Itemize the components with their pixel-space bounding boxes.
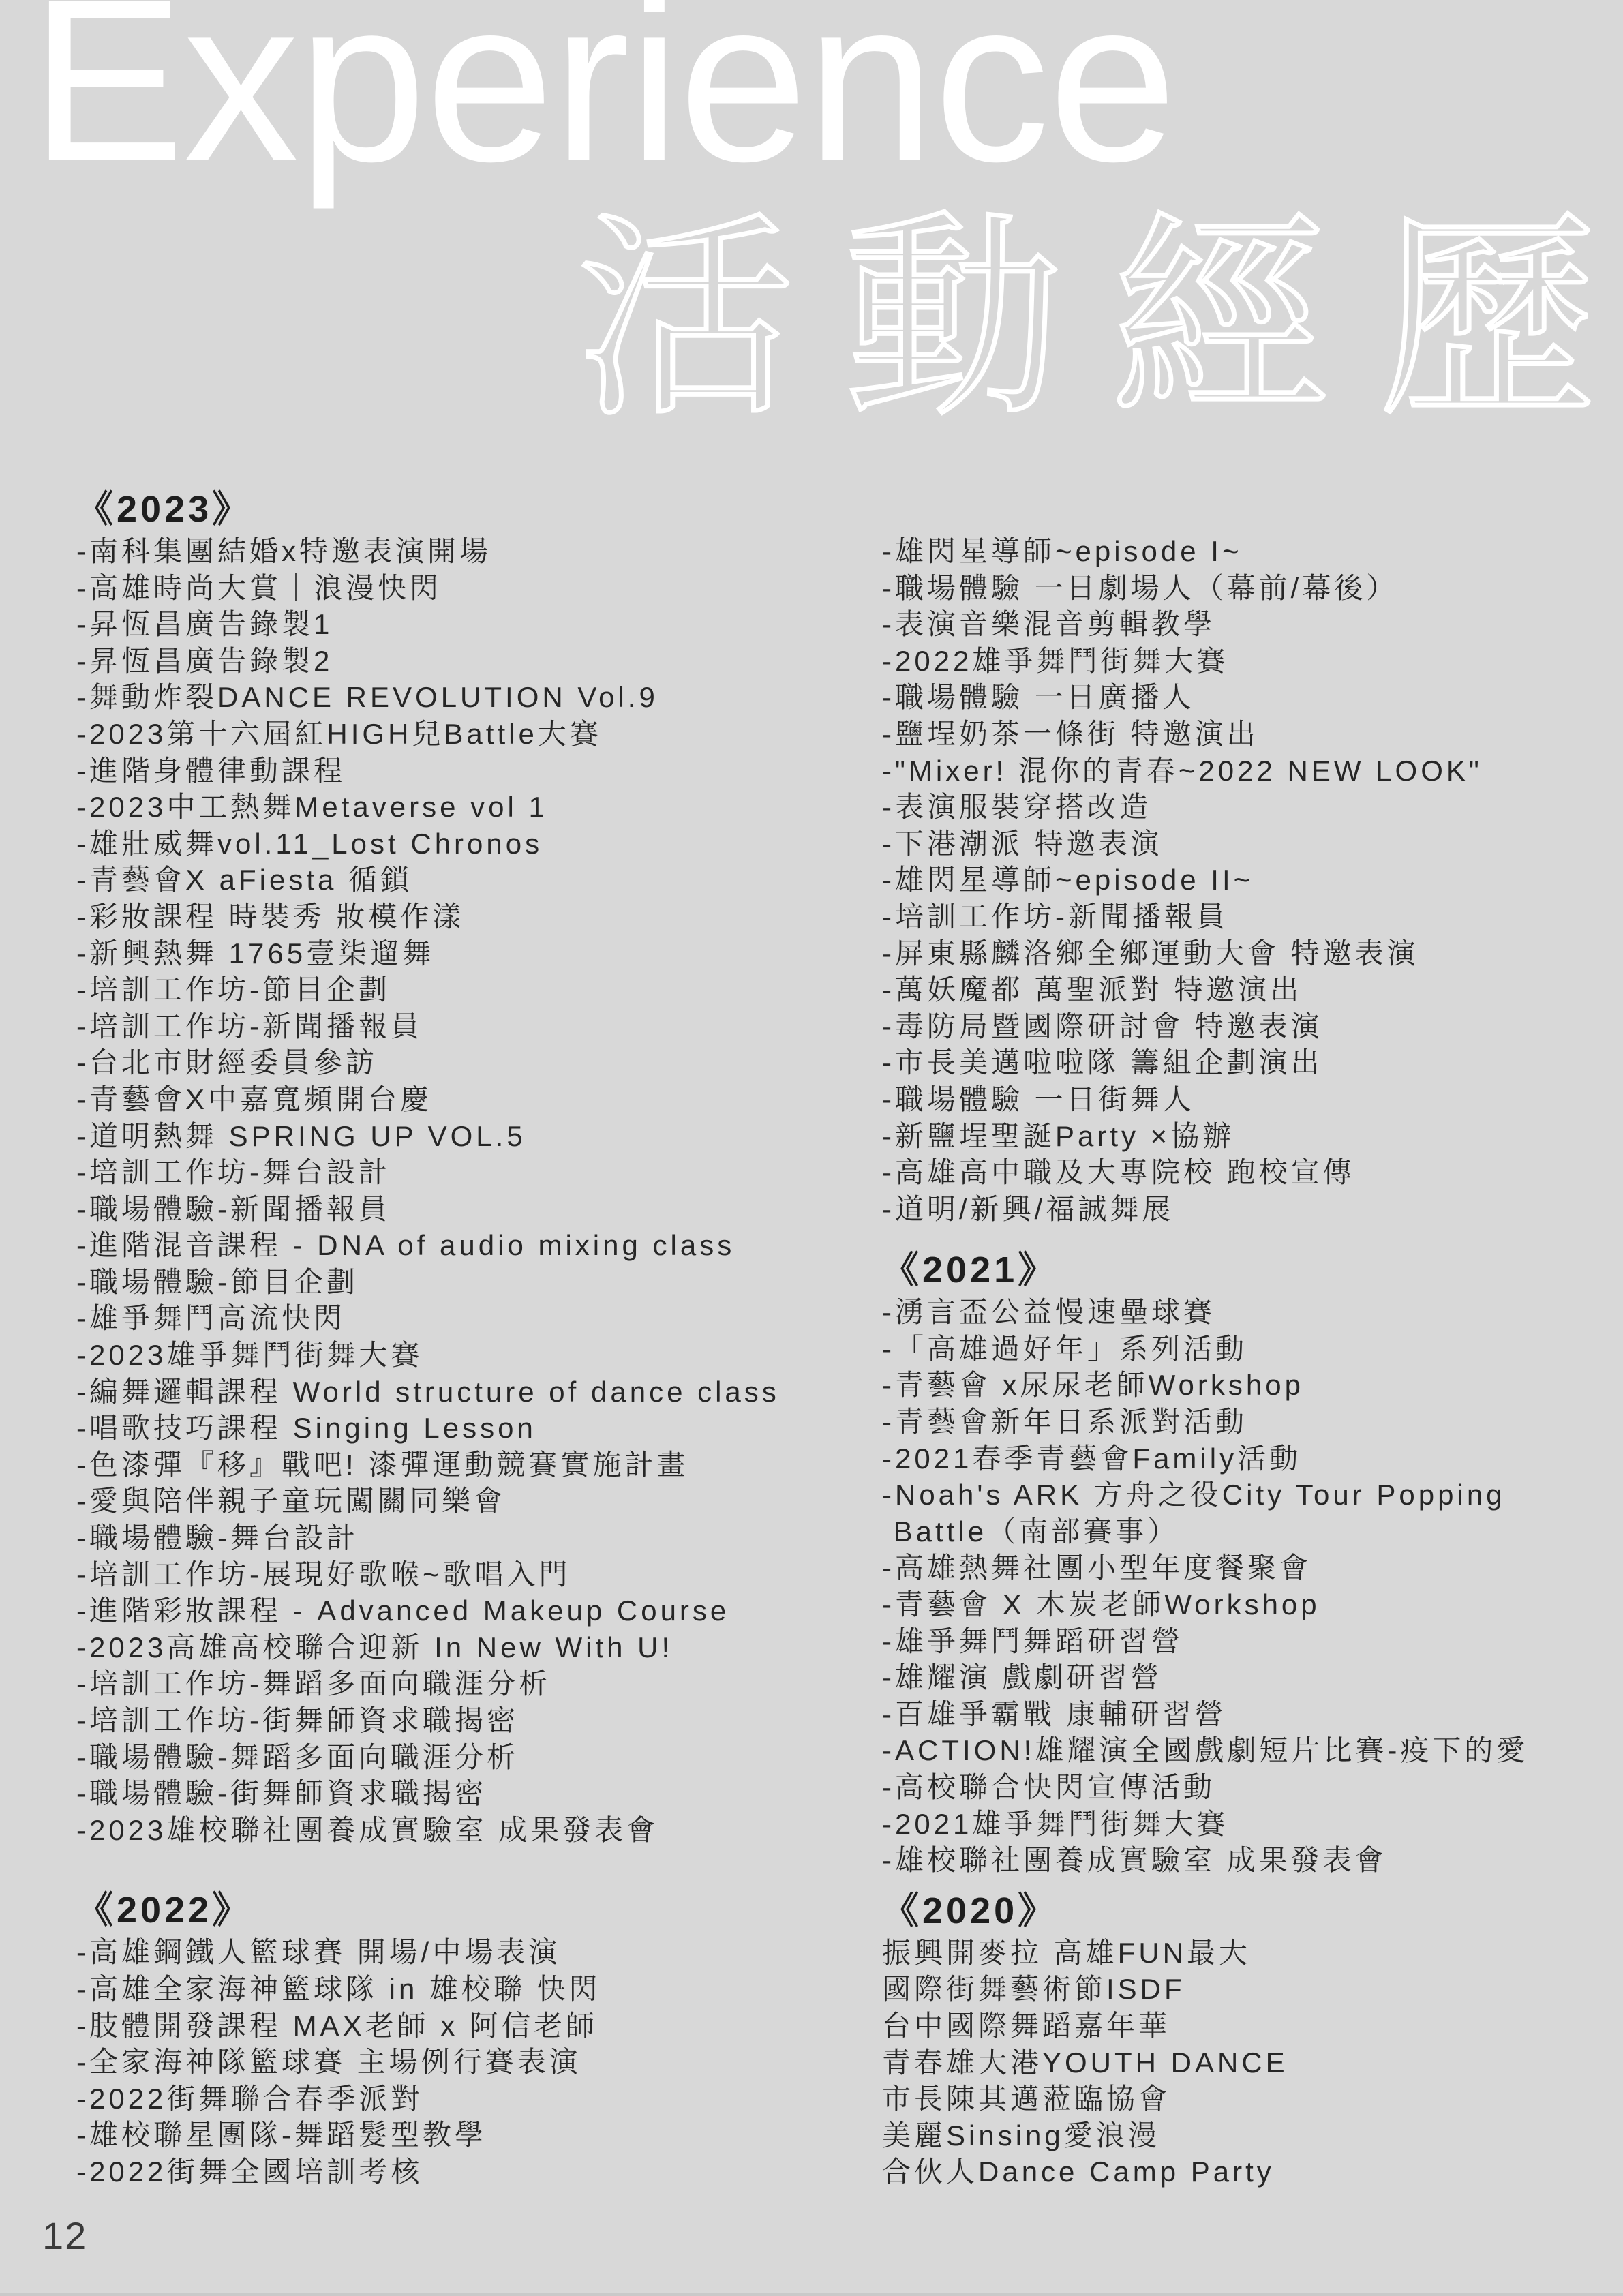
experience-section: -雄閃星導師~episode I~-職場體驗 一日劇場人（幕前/幕後）-表演音樂… — [882, 533, 1623, 1227]
experience-item: -昇恆昌廣告錄製1 — [76, 606, 884, 643]
experience-item: -職場體驗 一日廣播人 — [882, 679, 1623, 716]
experience-item: -彩妝課程 時裝秀 妝模作漾 — [76, 898, 884, 935]
experience-item: -2023雄校聯社團養成實驗室 成果發表會 — [76, 1812, 884, 1849]
experience-item: -高雄熱舞社團小型年度餐聚會 — [882, 1550, 1623, 1586]
experience-item: -進階混音課程 - DNA of audio mixing class — [76, 1227, 884, 1264]
experience-item: -2023第十六屆紅HIGH兒Battle大賽 — [76, 716, 884, 753]
experience-section: 《2021》-湧言盃公益慢速壘球賽-「高雄過好年」系列活動-青藝會 x尿尿老師W… — [882, 1246, 1623, 1879]
experience-item: -雄校聯星團隊-舞蹈髮型教學 — [76, 2117, 884, 2154]
experience-column-right: -雄閃星導師~episode I~-職場體驗 一日劇場人（幕前/幕後）-表演音樂… — [882, 533, 1623, 2190]
experience-column-left: 《2023》-南科集團結婚x特邀表演開場-高雄時尚大賞｜浪漫快閃-昇恆昌廣告錄製… — [76, 485, 884, 2190]
year-heading-2022: 《2022》 — [76, 1886, 884, 1934]
experience-item: -高雄全家海神籃球隊 in 雄校聯 快閃 — [76, 1971, 884, 2008]
experience-item: -高雄時尚大賞｜浪漫快閃 — [76, 570, 884, 607]
experience-item: -雄耀演 戲劇研習營 — [882, 1659, 1623, 1696]
experience-item: -培訓工作坊-展現好歌喉~歌唱入門 — [76, 1556, 884, 1593]
experience-item: -肢體開發課程 MAX老師 x 阿信老師 — [76, 2008, 884, 2044]
experience-item: -"Mixer! 混你的青春~2022 NEW LOOK" — [882, 753, 1623, 789]
experience-item: 青春雄大港YOUTH DANCE — [882, 2044, 1623, 2081]
experience-item: -市長美邁啦啦隊 籌組企劃演出 — [882, 1044, 1623, 1081]
experience-item: 台中國際舞蹈嘉年華 — [882, 2008, 1623, 2044]
experience-item: -雄校聯社團養成實驗室 成果發表會 — [882, 1842, 1623, 1879]
experience-item: -「高雄過好年」系列活動 — [882, 1331, 1623, 1368]
experience-item: -雄爭舞鬥高流快閃 — [76, 1300, 884, 1337]
experience-item: -2021雄爭舞鬥街舞大賽 — [882, 1806, 1623, 1843]
resume-experience-page: Experience 活動經歷 《2023》-南科集團結婚x特邀表演開場-高雄時… — [0, 0, 1623, 2296]
experience-item: -高校聯合快閃宣傳活動 — [882, 1769, 1623, 1806]
experience-item: -雄壯威舞vol.11_Lost Chronos — [76, 826, 884, 862]
experience-item: -雄閃星導師~episode II~ — [882, 862, 1623, 898]
page-bottom-edge — [0, 2293, 1623, 2296]
experience-item: -2021春季青藝會Family活動 — [882, 1440, 1623, 1477]
experience-item: -唱歌技巧課程 Singing Lesson — [76, 1410, 884, 1447]
experience-item: -高雄高中職及大專院校 跑校宣傳 — [882, 1154, 1623, 1191]
experience-item: -新鹽埕聖誕Party ×協辦 — [882, 1118, 1623, 1155]
experience-item: -青藝會X中嘉寬頻開台慶 — [76, 1081, 884, 1118]
experience-item: -青藝會X aFiesta 循鎖 — [76, 862, 884, 898]
experience-item: -百雄爭霸戰 康輔研習營 — [882, 1696, 1623, 1733]
year-heading-2020: 《2020》 — [882, 1887, 1623, 1935]
experience-item: -昇恆昌廣告錄製2 — [76, 643, 884, 680]
page-number: 12 — [42, 2217, 87, 2255]
experience-item: -萬妖魔都 萬聖派對 特邀演出 — [882, 971, 1623, 1008]
experience-item: -鹽埕奶茶一條街 特邀演出 — [882, 716, 1623, 753]
experience-item: 國際街舞藝術節ISDF — [882, 1971, 1623, 2008]
experience-item: -職場體驗-舞台設計 — [76, 1520, 884, 1556]
experience-item: -青藝會新年日系派對活動 — [882, 1404, 1623, 1440]
experience-item: -培訓工作坊-新聞播報員 — [76, 1008, 884, 1045]
experience-item: -青藝會 x尿尿老師Workshop — [882, 1367, 1623, 1404]
experience-item: -編舞邏輯課程 World structure of dance class — [76, 1374, 884, 1410]
experience-item: -Noah's ARK 方舟之役City Tour Popping — [882, 1477, 1623, 1513]
experience-item: -職場體驗-節目企劃 — [76, 1264, 884, 1301]
experience-item: -職場體驗 一日劇場人（幕前/幕後） — [882, 570, 1623, 607]
page-title-english: Experience — [30, 0, 1176, 196]
experience-item: -2023高雄高校聯合迎新 In New With U! — [76, 1629, 884, 1666]
experience-item: -愛與陪伴親子童玩闖關同樂會 — [76, 1483, 884, 1520]
experience-item: -2022街舞聯合春季派對 — [76, 2081, 884, 2117]
experience-item: -職場體驗 一日街舞人 — [882, 1081, 1623, 1118]
experience-item: -湧言盃公益慢速壘球賽 — [882, 1294, 1623, 1331]
experience-item: -培訓工作坊-新聞播報員 — [882, 898, 1623, 935]
experience-item: -表演音樂混音剪輯教學 — [882, 606, 1623, 643]
experience-item: -2023雄爭舞鬥街舞大賽 — [76, 1337, 884, 1374]
experience-item: -毒防局暨國際研討會 特邀表演 — [882, 1008, 1623, 1045]
experience-item: -下港潮派 特邀表演 — [882, 826, 1623, 862]
experience-section: 《2022》-高雄鋼鐵人籃球賽 開場/中場表演-高雄全家海神籃球隊 in 雄校聯… — [76, 1886, 884, 2190]
experience-item: -培訓工作坊-舞蹈多面向職涯分析 — [76, 1665, 884, 1702]
experience-item: -培訓工作坊-街舞師資求職揭密 — [76, 1702, 884, 1739]
experience-item: -表演服裝穿搭改造 — [882, 789, 1623, 826]
experience-item: -職場體驗-舞蹈多面向職涯分析 — [76, 1739, 884, 1776]
experience-item: -南科集團結婚x特邀表演開場 — [76, 533, 884, 570]
experience-section: 《2020》振興開麥拉 高雄FUN最大國際街舞藝術節ISDF台中國際舞蹈嘉年華青… — [882, 1887, 1623, 2190]
experience-item: -雄爭舞鬥舞蹈研習營 — [882, 1623, 1623, 1660]
experience-item: 振興開麥拉 高雄FUN最大 — [882, 1935, 1623, 1972]
experience-item: -色漆彈『移』戰吧! 漆彈運動競賽實施計畫 — [76, 1447, 884, 1483]
experience-item: -進階身體律動課程 — [76, 753, 884, 789]
experience-item: -舞動炸裂DANCE REVOLUTION Vol.9 — [76, 679, 884, 716]
experience-item: 合伙人Dance Camp Party — [882, 2154, 1623, 2190]
experience-item: -培訓工作坊-舞台設計 — [76, 1154, 884, 1191]
experience-item: -高雄鋼鐵人籃球賽 開場/中場表演 — [76, 1934, 884, 1971]
experience-item: -台北市財經委員參訪 — [76, 1044, 884, 1081]
experience-item: -職場體驗-街舞師資求職揭密 — [76, 1775, 884, 1812]
experience-item: -道明熱舞 SPRING UP VOL.5 — [76, 1118, 884, 1155]
experience-item: -職場體驗-新聞播報員 — [76, 1191, 884, 1228]
experience-item: -2022街舞全國培訓考核 — [76, 2154, 884, 2190]
experience-item: -2023中工熱舞Metaverse vol 1 — [76, 789, 884, 826]
experience-item: -全家海神隊籃球賽 主場例行賽表演 — [76, 2044, 884, 2081]
experience-item: -培訓工作坊-節目企劃 — [76, 971, 884, 1008]
year-heading-2023: 《2023》 — [76, 485, 884, 533]
experience-item: -2022雄爭舞鬥街舞大賽 — [882, 643, 1623, 680]
page-title-chinese: 活動經歷 — [577, 210, 1623, 428]
experience-item: -雄閃星導師~episode I~ — [882, 533, 1623, 570]
experience-item: -進階彩妝課程 - Advanced Makeup Course — [76, 1592, 884, 1629]
year-heading-2021: 《2021》 — [882, 1246, 1623, 1294]
experience-item: 美麗Sinsing愛浪漫 — [882, 2117, 1623, 2154]
experience-item: -新興熱舞 1765壹柒遛舞 — [76, 935, 884, 972]
experience-item: -屏東縣麟洛鄉全鄉運動大會 特邀表演 — [882, 935, 1623, 972]
experience-item: 市長陳其邁蒞臨協會 — [882, 2081, 1623, 2117]
experience-section: 《2023》-南科集團結婚x特邀表演開場-高雄時尚大賞｜浪漫快閃-昇恆昌廣告錄製… — [76, 485, 884, 1848]
experience-item: -ACTION!雄耀演全國戲劇短片比賽-疫下的愛 — [882, 1732, 1623, 1769]
experience-item: Battle（南部賽事） — [882, 1513, 1623, 1550]
experience-item: -道明/新興/福誠舞展 — [882, 1191, 1623, 1228]
experience-item: -青藝會 X 木炭老師Workshop — [882, 1586, 1623, 1623]
